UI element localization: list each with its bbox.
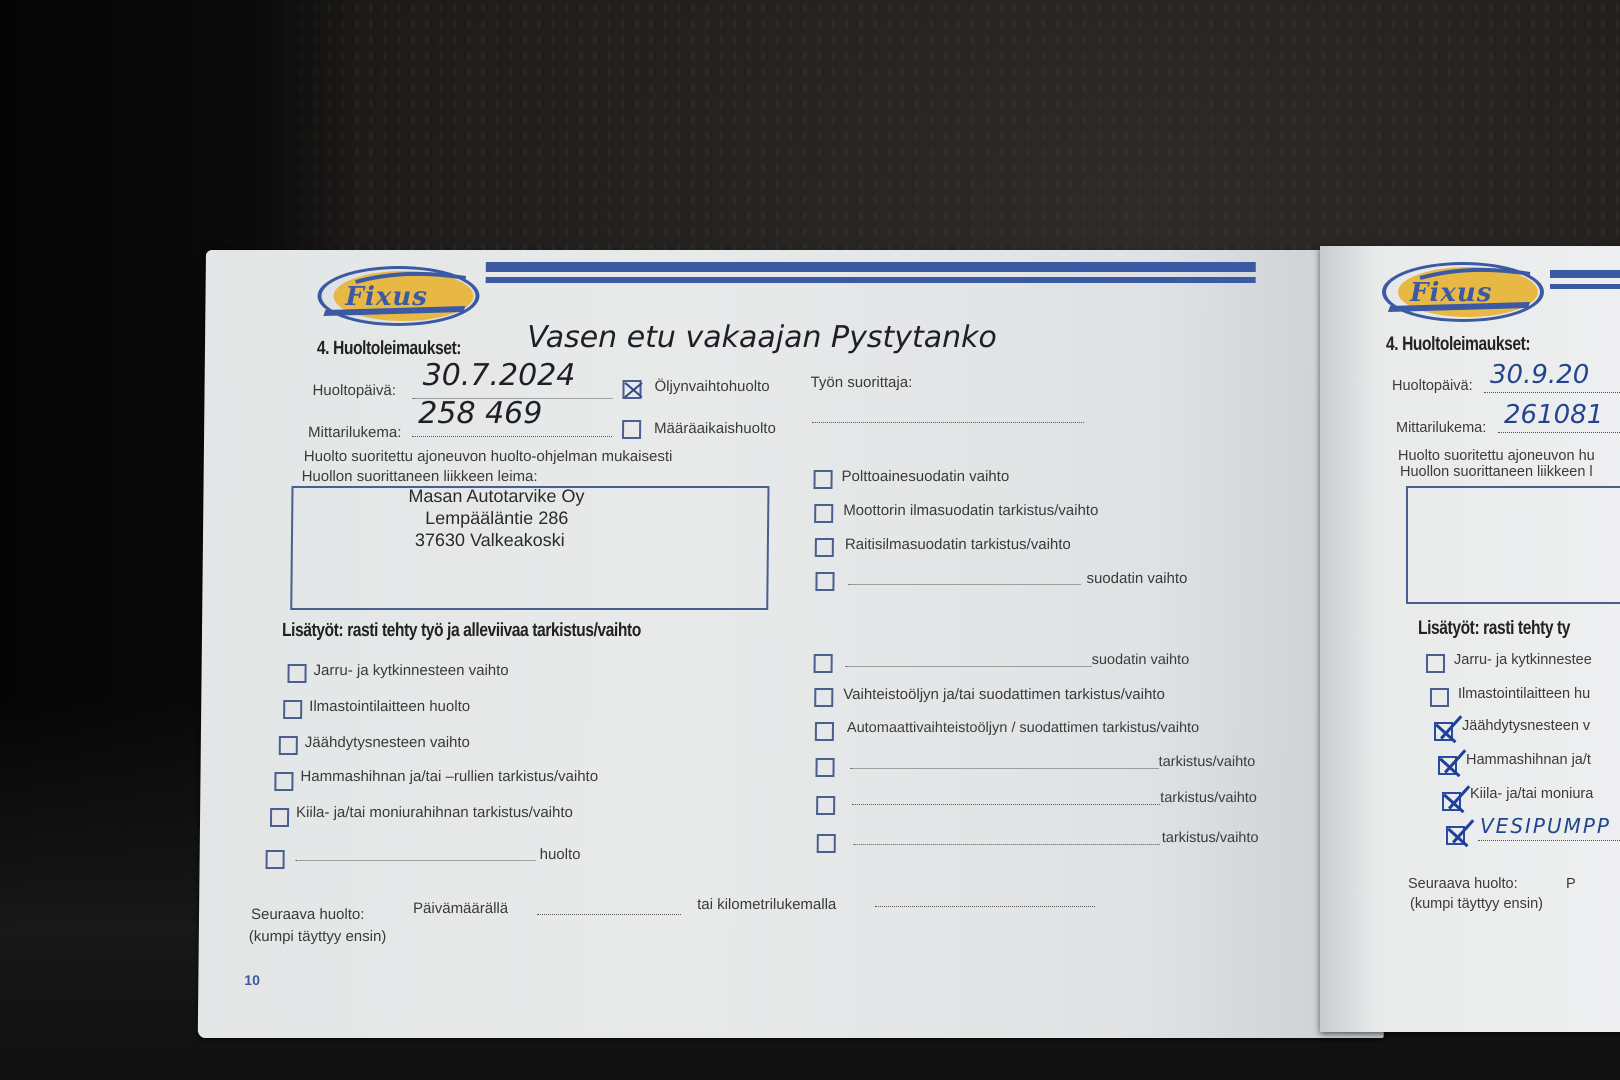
next-date-line[interactable]	[537, 914, 681, 915]
header-stripe	[1550, 270, 1620, 278]
brake-fluid-checkbox[interactable]	[287, 664, 306, 683]
fuel-filter-label: Polttoainesuodatin vaihto	[842, 468, 1010, 485]
other-filter-label: suodatin vaihto	[1086, 570, 1187, 587]
odometer-value[interactable]: 258 469	[418, 396, 542, 431]
drive-belt-checkbox[interactable]	[1442, 792, 1461, 811]
timing-belt-checkbox[interactable]	[1438, 756, 1457, 775]
other-service-checkbox[interactable]	[266, 850, 285, 869]
odometer-label: Mittarilukema:	[1396, 420, 1486, 436]
ac-service-checkbox[interactable]	[283, 700, 302, 719]
stamp-line-1: Masan Autotarvike Oy	[408, 486, 584, 506]
scheduled-service-label: Määräaikaishuolto	[654, 420, 776, 437]
custom-check-2-label: tarkistus/vaihto	[1160, 790, 1257, 806]
scheduled-service-checkbox[interactable]	[622, 420, 641, 439]
coolant-checkbox[interactable]	[279, 736, 298, 755]
page-number: 10	[244, 972, 260, 988]
drive-belt-label: Kiila- ja/tai moniura	[1470, 786, 1593, 802]
next-service-label: Seuraava huolto:	[1408, 876, 1518, 892]
header-stripe	[486, 277, 1256, 283]
handwritten-note: Vasen etu vakaajan Pystytanko	[527, 320, 997, 355]
other-service-label: huolto	[540, 846, 581, 863]
drive-belt-label: Kiila- ja/tai moniurahihnan tarkistus/va…	[296, 804, 573, 821]
other-filter-2-line[interactable]	[846, 666, 1092, 667]
custom-check-2-line[interactable]	[852, 804, 1160, 805]
service-date-line	[1484, 392, 1620, 393]
logo-text: Fixus	[1410, 278, 1492, 308]
next-by-date-label: P	[1566, 876, 1576, 892]
booklet-page-right: Fixus 4. Huoltoleimaukset: Huoltopäivä: …	[1320, 246, 1620, 1032]
stamp-line-2: Lempääläntie 286	[425, 508, 568, 528]
service-date-label: Huoltopäivä:	[1392, 378, 1473, 394]
ac-service-label: Ilmastointilaitteen hu	[1458, 686, 1590, 702]
section-title: 4. Huoltoleimaukset:	[317, 338, 461, 360]
next-by-date-label: Päivämäärällä	[413, 900, 508, 917]
odometer-label: Mittarilukema:	[308, 424, 402, 441]
stamp-line-3: 37630 Valkeakoski	[415, 530, 565, 550]
stamp-label: Huollon suorittaneen liikkeen leima:	[302, 468, 538, 485]
compliance-text: Huolto suoritettu ajoneuvon huolto-ohjel…	[304, 448, 673, 465]
whichever-first-text: (kumpi täyttyy ensin)	[249, 928, 387, 945]
performer-line[interactable]	[812, 422, 1084, 423]
next-km-line[interactable]	[875, 906, 1095, 907]
ac-service-label: Ilmastointilaitteen huolto	[309, 698, 470, 715]
other-filter-line[interactable]	[848, 584, 1080, 585]
water-pump-checkbox[interactable]	[1446, 826, 1465, 845]
next-service-label: Seuraava huolto:	[251, 906, 365, 923]
odometer-line	[412, 436, 612, 437]
stamp-box	[1406, 486, 1620, 604]
timing-belt-checkbox[interactable]	[274, 772, 293, 791]
whichever-first-text: (kumpi täyttyy ensin)	[1410, 896, 1543, 912]
brake-fluid-label: Jarru- ja kytkinnestee	[1454, 652, 1592, 668]
cabin-filter-checkbox[interactable]	[815, 538, 834, 557]
timing-belt-label: Hammashihnan ja/t	[1466, 752, 1591, 768]
service-date-label: Huoltopäivä:	[312, 382, 396, 399]
brake-fluid-label: Jarru- ja kytkinnesteen vaihto	[314, 662, 509, 679]
section-title: 4. Huoltoleimaukset:	[1386, 334, 1530, 356]
water-pump-handwritten[interactable]: VESIPUMPP	[1480, 814, 1611, 838]
odometer-value[interactable]: 261081	[1504, 400, 1603, 430]
ac-service-checkbox[interactable]	[1430, 688, 1449, 707]
custom-check-1-checkbox[interactable]	[815, 758, 834, 777]
custom-check-2-checkbox[interactable]	[816, 796, 835, 815]
extra-work-title: Lisätyöt: rasti tehty ty	[1418, 618, 1570, 640]
air-filter-label: Moottorin ilmasuodatin tarkistus/vaihto	[843, 502, 1098, 519]
header-stripe	[486, 262, 1256, 272]
oil-change-label: Öljynvaihtohuolto	[654, 378, 769, 395]
auto-gearbox-oil-label: Automaattivaihteistoöljyn / suodattimen …	[847, 720, 1199, 736]
oil-change-checkbox[interactable]	[622, 380, 641, 399]
gearbox-oil-label: Vaihteistoöljyn ja/tai suodattimen tarki…	[843, 686, 1165, 703]
coolant-label: Jäähdytysnesteen v	[1462, 718, 1590, 734]
drive-belt-checkbox[interactable]	[270, 808, 289, 827]
other-filter-2-label: suodatin vaihto	[1092, 652, 1190, 668]
service-date-value[interactable]: 30.9.20	[1490, 360, 1589, 390]
air-filter-checkbox[interactable]	[814, 504, 833, 523]
stamp-label: Huollon suorittaneen liikkeen l	[1400, 464, 1593, 480]
custom-check-3-checkbox[interactable]	[817, 834, 836, 853]
service-date-value[interactable]: 30.7.2024	[422, 358, 575, 393]
coolant-checkbox[interactable]	[1434, 722, 1453, 741]
extra-work-title: Lisätyöt: rasti tehty työ ja alleviivaa …	[282, 620, 641, 642]
auto-gearbox-oil-checkbox[interactable]	[815, 722, 834, 741]
water-pump-line	[1478, 840, 1620, 841]
booklet-page-left: Fixus 4. Huoltoleimaukset: Vasen etu vak…	[198, 250, 1392, 1038]
brake-fluid-checkbox[interactable]	[1426, 654, 1445, 673]
coolant-label: Jäähdytysnesteen vaihto	[305, 734, 470, 751]
other-filter-2-checkbox[interactable]	[814, 654, 833, 673]
gearbox-oil-checkbox[interactable]	[814, 688, 833, 707]
odometer-line	[1498, 432, 1620, 433]
other-service-line[interactable]	[296, 860, 536, 861]
compliance-text: Huolto suoritettu ajoneuvon hu	[1398, 448, 1595, 464]
next-by-km-label: tai kilometrilukemalla	[697, 896, 836, 913]
custom-check-1-label: tarkistus/vaihto	[1159, 754, 1256, 770]
performer-label: Työn suorittaja:	[810, 374, 912, 391]
custom-check-3-label: tarkistus/vaihto	[1162, 830, 1259, 846]
timing-belt-label: Hammashihnan ja/tai –rullien tarkistus/v…	[300, 768, 598, 785]
logo-text: Fixus	[345, 282, 428, 312]
custom-check-1-line[interactable]	[851, 768, 1159, 769]
header-stripe	[1550, 284, 1620, 289]
cabin-filter-label: Raitisilmasuodatin tarkistus/vaihto	[845, 536, 1071, 553]
fuel-filter-checkbox[interactable]	[813, 470, 832, 489]
other-filter-checkbox[interactable]	[815, 572, 834, 591]
custom-check-3-line[interactable]	[854, 844, 1160, 845]
